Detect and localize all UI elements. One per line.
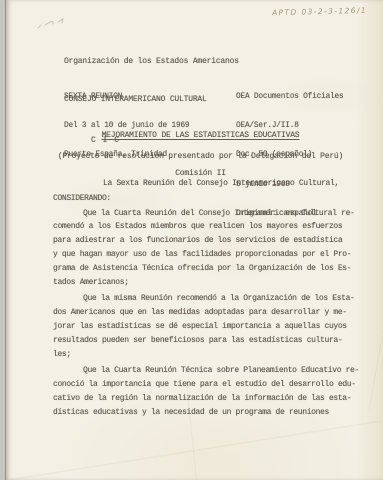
opening-line: La Sexta Reunión del Consejo Interameric… xyxy=(53,177,361,191)
paper-sheet: APTD 03-2-3-126/1 Organización de los Es… xyxy=(5,0,383,480)
doc-info-official: OEA Documentos Oficiales xyxy=(236,93,344,103)
document-subtitle: (Proyecto de resolución presentado por l… xyxy=(46,152,355,161)
considerando-label: CONSIDERANDO: xyxy=(53,192,361,206)
handwritten-reference-code: APTD 03-2-3-126/1 xyxy=(272,6,367,17)
body-paragraph: Que la Cuarta Reunión Técnica sobre Plan… xyxy=(53,364,361,419)
title-block: MEJORAMIENTO DE LAS ESTADISTICAS EDUCATI… xyxy=(46,131,355,178)
meeting-session: SEXTA REUNION xyxy=(64,93,189,103)
organization-name: Organización de los Estados Americanos xyxy=(64,56,239,69)
body-paragraph: Que la misma Reunión recomendó a la Orga… xyxy=(53,292,361,361)
pencil-mark xyxy=(36,16,76,32)
document-body: La Sexta Reunión del Consejo Interameric… xyxy=(53,177,361,423)
scanned-page: APTD 03-2-3-126/1 Organización de los Es… xyxy=(0,0,383,480)
document-title: MEJORAMIENTO DE LAS ESTADISTICAS EDUCATI… xyxy=(46,131,355,140)
body-paragraph: Que la Cuarta Reunión del Consejo Intera… xyxy=(53,207,361,290)
